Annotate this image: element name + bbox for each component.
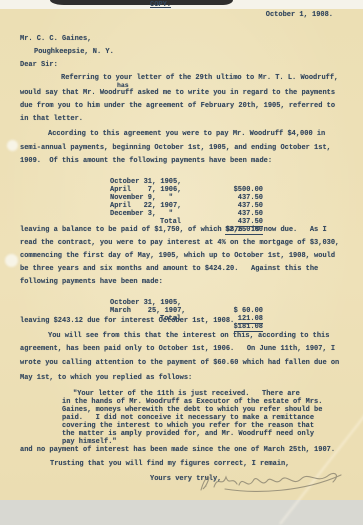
para4-line: wrote you calling attention to the payme…	[20, 359, 339, 367]
recipient-name: Mr. C. C. Gaines,	[20, 35, 91, 43]
para3-line: be three years and six months and amount…	[20, 265, 318, 273]
date-line: October 1, 1908.	[266, 11, 333, 19]
recipient-city: Poughkeepsie, N. Y.	[34, 48, 114, 56]
quote-line: in the hands of Mr. Woodruff as Executor…	[62, 398, 322, 406]
salutation: Dear Sir:	[20, 61, 58, 69]
payments-table-total-row: Total $2,250.00	[0, 210, 363, 218]
quote-line: pay himself."	[62, 438, 117, 446]
para3-line: commencing the first day of May, 1905, w…	[20, 252, 335, 260]
para2-line: semi-annual payments, beginning October …	[20, 144, 331, 152]
para3b-line: leaving $243.12 due for interest October…	[20, 317, 234, 325]
quote-line: covering the interest to which you refer…	[62, 422, 314, 430]
letter-page: COPY. October 1, 1908. Mr. C. C. Gaines,…	[0, 0, 363, 500]
hole-punch	[5, 254, 18, 267]
quote-line: "Your letter of the 11th is just receive…	[73, 390, 300, 398]
payments-table-row: October 31, 1905, $500.00	[0, 170, 363, 178]
para4-line: You will see from this that the interest…	[48, 332, 329, 340]
payments-table-row: November 9, " 437.50	[0, 186, 363, 194]
quote-line: Gaines, moneys wherewith the debt to whi…	[62, 406, 322, 414]
para2-line: According to this agreement you were to …	[48, 130, 325, 138]
para4-line: agreement, has been paid only to October…	[20, 345, 335, 353]
para1-line: due from you to him under the agreement …	[20, 102, 335, 110]
para1-line: would say that Mr. Woodruff asked me to …	[20, 89, 335, 97]
copy-label: COPY.	[150, 1, 171, 9]
interest-table-total-row: Total $181.08	[0, 307, 363, 315]
total-label: Total	[160, 218, 181, 226]
quote-line: paid. I did not conceive it necessary to…	[62, 414, 314, 422]
para3-line: following payments have been made:	[20, 278, 163, 286]
payments-table-row: April 22, 1907, 437.50	[0, 194, 363, 202]
interest-table-row: March 25, 1907, 121.08	[0, 299, 363, 307]
para4-line: May 1st, to which you replied as follows…	[20, 374, 192, 382]
interest-table-row: October 31, 1905, $ 60.00	[0, 291, 363, 299]
para3-line: read the contract, you were to pay inter…	[20, 239, 339, 247]
para3-line: leaving a balance to be paid of $1,750, …	[20, 226, 327, 234]
signature	[195, 466, 347, 498]
total-amount: $181.08	[234, 323, 263, 332]
para1-line: in that letter.	[20, 115, 83, 123]
closing-line: and no payment of interest has been made…	[20, 446, 335, 454]
para2-line: 1909. Of this amount the following payme…	[20, 157, 272, 165]
payments-table-row: December 3, " 437.50	[0, 202, 363, 210]
hole-punch	[7, 140, 18, 151]
scan-shadow	[50, 0, 233, 5]
quote-line: the matter is amply provided for, and Mr…	[62, 430, 314, 438]
para1-line: Referring to your letter of the 29th ult…	[61, 74, 338, 82]
payments-table-row: April 7, 1906, 437.50	[0, 178, 363, 186]
